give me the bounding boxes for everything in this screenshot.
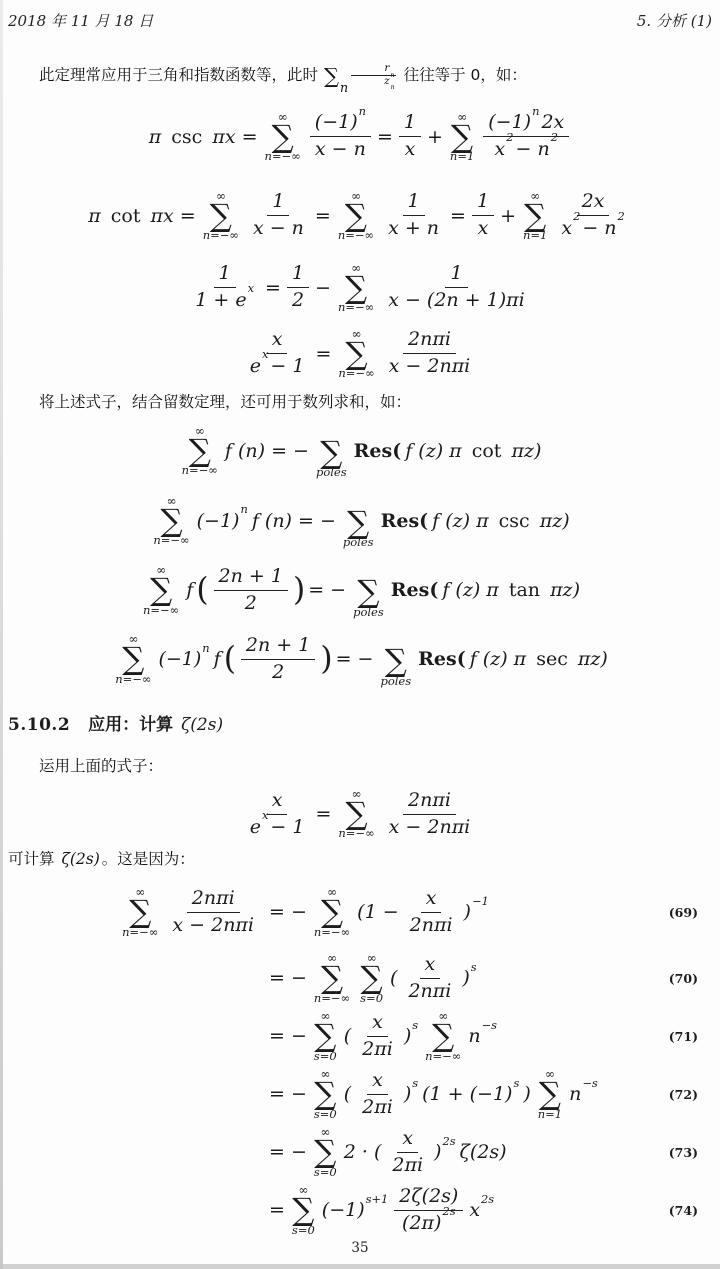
superscript: s	[513, 1076, 519, 1090]
sigma-icon: ∑	[345, 800, 367, 829]
heading-number: 5.10.2	[8, 715, 70, 735]
math-token: − n2	[582, 217, 624, 239]
fraction: 1x − (2n + 1)πi	[383, 262, 530, 313]
fraction: xex− 1	[245, 789, 310, 840]
sigma-icon: ∑	[345, 202, 367, 231]
math-token: x − n	[253, 217, 304, 239]
superscript: x	[248, 281, 254, 295]
subscript: n	[340, 80, 348, 95]
summation: ∞∑n=−∞	[338, 328, 374, 380]
denominator: ex− 1	[245, 354, 310, 379]
math-token: 1	[450, 262, 462, 284]
text-run: 可计算	[8, 850, 59, 868]
equation: ∞∑n=−∞(−1)nf(2n + 12)= −∑polesRes(f (z) …	[8, 625, 712, 694]
equation-number: (73)	[669, 1145, 698, 1160]
equation-number: (72)	[669, 1087, 698, 1102]
header-date: 2018 年 11 月 18 日	[8, 10, 153, 31]
math-token: 1	[477, 190, 489, 212]
equation: ∞∑n=−∞(−1)nf (n) = −∑polesRes(f (z) π cs…	[8, 486, 712, 556]
sum-lower-limit: poles	[353, 607, 384, 619]
math-token: = −	[336, 648, 374, 670]
numerator: x	[367, 1069, 388, 1095]
sum-lower-limit: poles	[316, 467, 347, 479]
denominator: x2− n2	[556, 216, 629, 241]
numerator: 2n + 1	[241, 634, 315, 660]
math-token: x	[405, 138, 416, 160]
subscript: n	[391, 84, 395, 91]
sigma-icon: ∑	[357, 578, 379, 607]
big-paren: (	[196, 572, 208, 608]
equation: ∞∑n=−∞f(2n + 12)= −∑polesRes(f (z) π tan…	[8, 556, 712, 625]
math-token: =	[269, 1199, 285, 1221]
math-token: x	[372, 1069, 383, 1091]
math-token: 2nπi	[192, 887, 235, 909]
math-token: 2	[245, 592, 257, 614]
numerator: 1	[267, 190, 289, 216]
math-token: Res(	[391, 579, 439, 601]
summation: ∞∑n=−∞	[203, 190, 239, 242]
equation-number: (70)	[669, 971, 698, 986]
equation: π csc πx =∞∑n=−∞(−1)nx − n=1x+∞∑n=1(−1)n…	[8, 95, 712, 179]
sigma-icon: ∑	[345, 340, 367, 369]
equation-group: xex− 1=∞∑n=−∞2nπix − 2nπi	[8, 780, 712, 848]
numerator: 2x	[577, 190, 610, 216]
math-token: x + n	[388, 217, 439, 239]
summation: ∞∑n=−∞	[143, 564, 179, 616]
fraction: 2n + 12	[214, 565, 288, 616]
math-token: x	[426, 887, 437, 909]
math-token: (−1)n	[315, 111, 366, 133]
math-token: 2x	[582, 190, 605, 212]
equation: ∞∑n=−∞f (n) = −∑polesRes(f (z) π cot πz)	[8, 416, 712, 486]
math-token: x	[272, 328, 283, 350]
sum-lower-limit: n=−∞	[425, 1051, 461, 1063]
math-token: =	[315, 343, 331, 365]
math-token: πz)	[544, 579, 580, 601]
summation: ∞∑s=0	[314, 1068, 337, 1120]
sigma-icon: ∑	[361, 964, 383, 993]
math-token: f (n) = −	[252, 510, 336, 532]
sum-lower-limit: n=−∞	[338, 828, 374, 840]
superscript: 2s	[481, 1192, 494, 1206]
equation-number: (71)	[669, 1029, 698, 1044]
math-token: ζ(2s)	[460, 1141, 507, 1163]
math-token: x	[402, 1127, 413, 1149]
text-run: 将上述式子，结合留数定理，还可用于数列求和，如：	[39, 393, 411, 411]
equation: xex− 1=∞∑n=−∞2nπix − 2nπi	[8, 323, 712, 385]
math-token: ζ(2s)	[181, 715, 223, 735]
denominator: x − (2n + 1)πi	[383, 288, 530, 313]
equation: = −∞∑n=−∞∞∑s=0(x2nπi)s(70)	[8, 949, 712, 1007]
summation: ∞∑n=1	[523, 190, 547, 242]
denominator: x − 2nπi	[384, 815, 476, 840]
math-token: π	[88, 205, 107, 227]
summation: ∑poles	[353, 578, 384, 618]
superscript: n	[202, 641, 209, 655]
math-token: Res(	[354, 440, 402, 462]
math-token: csc	[171, 126, 202, 148]
equation: π cot πx =∞∑n=−∞1x − n=∞∑n=−∞1x + n=1x+∞…	[8, 179, 712, 253]
math-token: )s	[462, 967, 476, 989]
math-token: = −	[269, 901, 307, 923]
math-token: 2	[292, 289, 304, 311]
math-token: x − 2nπi	[172, 914, 254, 936]
numerator: x	[420, 953, 441, 979]
math-token: x − 2nπi	[389, 355, 471, 377]
math-token: 2n + 1	[246, 634, 310, 656]
sum-lower-limit: n=−∞	[153, 535, 189, 547]
math-token: n−s	[569, 1083, 598, 1105]
math-token: 1	[292, 262, 304, 284]
sigma-icon: ∑	[524, 202, 546, 231]
equation-rhs: = −∞∑s=0(x2πi)s∞∑n=−∞n−s	[267, 1010, 712, 1062]
paragraph: 此定理常应用于三角和指数函数等，此时 ∑nrnzn 往往等于 0，如：	[8, 61, 712, 93]
equation-rhs: = −∞∑n=−∞(1 −x2nπi)−1	[267, 886, 712, 938]
math-token: rn	[384, 62, 394, 74]
summation: ∑poles	[343, 509, 374, 549]
summation: ∑poles	[316, 439, 347, 479]
math-token: 2 · (	[344, 1141, 382, 1163]
math-token: (	[344, 1025, 351, 1047]
sigma-icon: ∑	[320, 439, 342, 468]
superscript: −s	[582, 1076, 597, 1090]
summation: ∞∑n=−∞	[265, 111, 301, 163]
equation: = −∞∑s=0(x2πi)s∞∑n=−∞n−s(71)	[8, 1007, 712, 1065]
superscript: 2	[506, 130, 513, 144]
fraction: 2nπix − 2nπi	[167, 887, 259, 938]
document-content: 此定理常应用于三角和指数函数等，此时 ∑nrnzn 往往等于 0，如：π csc…	[8, 61, 712, 1239]
sum-lower-limit: s=0	[314, 1109, 337, 1121]
summation: ∞∑n=−∞	[338, 190, 374, 242]
equation-group: ∞∑n=−∞f (n) = −∑polesRes(f (z) π cot πz)…	[8, 416, 712, 694]
summation: ∞∑n=−∞	[314, 952, 350, 1004]
numerator: 1	[445, 262, 467, 288]
superscript: 2	[551, 130, 558, 144]
text-run: 运用上面的式子：	[39, 757, 163, 775]
sum-lower-limit: n=−∞	[338, 230, 374, 242]
denominator: 2πi	[357, 1095, 398, 1120]
equation: = −∞∑s=0(x2πi)s(1 + (−1)s)∞∑n=1n−s(72)	[8, 1065, 712, 1123]
equation-group: π csc πx =∞∑n=−∞(−1)nx − n=1x+∞∑n=1(−1)n…	[8, 95, 712, 385]
superscript: −1	[472, 894, 489, 908]
math-token: −	[315, 277, 331, 299]
summation: ∞∑n=−∞	[122, 886, 158, 938]
equation: ∞∑n=−∞2nπix − 2nπi= −∞∑n=−∞(1 −x2nπi)−1(…	[8, 875, 712, 949]
numerator: x	[367, 1011, 388, 1037]
math-token: (1 + (−1)s	[422, 1083, 519, 1105]
fraction: 2ζ(2s)(2π)2s	[394, 1185, 463, 1236]
numerator: rn	[351, 63, 396, 76]
denominator: 1 + ex	[190, 288, 259, 313]
sum-lower-limit: n=1	[450, 151, 474, 163]
summation: ∞∑n=−∞	[425, 1010, 461, 1062]
denominator: x2− n2	[490, 137, 563, 162]
sum-lower-limit: n=−∞	[203, 230, 239, 242]
sum-lower-limit: n=−∞	[338, 368, 374, 380]
math-token: (−1)s+1	[322, 1199, 388, 1221]
math-token: π	[149, 126, 168, 148]
sigma-icon: ∑	[432, 1022, 454, 1051]
math-token: tan	[509, 579, 540, 601]
sum-lower-limit: n=−∞	[143, 605, 179, 617]
math-token: x − n	[315, 138, 366, 160]
big-paren: )	[293, 572, 305, 608]
math-token: =	[377, 126, 393, 148]
math-token: 2nπi	[408, 980, 451, 1002]
superscript: n	[240, 502, 247, 516]
math-token: f	[214, 648, 221, 670]
sum-lower-limit: s=0	[314, 1167, 337, 1179]
sum-lower-limit: n=−∞	[338, 302, 374, 314]
equation-lhs: ∞∑n=−∞2nπix − 2nπi	[8, 886, 263, 938]
summation: ∞∑s=0	[292, 1184, 315, 1236]
math-token: x2s	[469, 1199, 494, 1221]
denominator: x − 2nπi	[167, 913, 259, 938]
big-paren: )	[320, 641, 332, 677]
fraction: 2nπix − 2nπi	[384, 789, 476, 840]
math-token: f (z) π	[405, 440, 467, 462]
sigma-icon: ∑	[347, 509, 369, 538]
page-header: 2018 年 11 月 18 日 5. 分析 (1)	[8, 10, 712, 31]
math-token: (	[390, 967, 397, 989]
sigma-icon: ∑	[150, 576, 172, 605]
superscript: x	[262, 347, 268, 361]
sigma-icon: ∑	[292, 1196, 314, 1225]
math-token: ex	[250, 816, 269, 838]
fraction: 2xx2− n2	[556, 190, 629, 241]
heading-text: 应用：计算	[88, 715, 179, 735]
page-number: 35	[0, 1240, 720, 1256]
math-token: f	[186, 579, 193, 601]
fraction: (−1)nx − n	[310, 111, 371, 162]
equation: =∞∑s=0(−1)s+12ζ(2s)(2π)2sx2s(74)	[8, 1181, 712, 1239]
fraction: x2πi	[357, 1011, 398, 1062]
math-token: ex	[250, 355, 269, 377]
math-token: 2πi	[362, 1038, 393, 1060]
math-token: =	[265, 277, 281, 299]
sum-lower-limit: poles	[380, 676, 411, 688]
sum-lower-limit: n=−∞	[265, 151, 301, 163]
numerator: 1	[214, 262, 236, 288]
paragraph: 可计算 ζ(2s)。这是因为：	[8, 848, 712, 871]
math-token: πz)	[534, 510, 570, 532]
numerator: 2nπi	[403, 789, 456, 815]
equation: xex− 1=∞∑n=−∞2nπix − 2nπi	[8, 780, 712, 848]
math-token: πz)	[505, 440, 541, 462]
math-token: 1 + ex	[195, 289, 254, 311]
math-token: 2πi	[362, 1096, 393, 1118]
sigma-icon: ∑	[539, 1080, 561, 1109]
math-token: (2π)2s	[402, 1212, 456, 1234]
summation: ∞∑n=−∞	[182, 425, 218, 477]
summation: ∞∑n=−∞	[115, 633, 151, 685]
math-token: x	[372, 1011, 383, 1033]
superscript: 2s	[442, 1204, 455, 1218]
sum-lower-limit: n=−∞	[115, 674, 151, 686]
math-token: x − (2n + 1)πi	[388, 289, 525, 311]
summation: ∑poles	[380, 647, 411, 687]
subscript: n	[390, 72, 394, 79]
numerator: 1	[403, 190, 425, 216]
math-token: x2	[495, 138, 514, 160]
denominator: 2	[287, 288, 309, 313]
math-token: )−1	[464, 901, 489, 923]
numerator: x	[421, 887, 442, 913]
header-section-title: 5. 分析 (1)	[637, 10, 712, 31]
math-token: Res(	[381, 510, 429, 532]
math-token: 2nπi	[410, 914, 453, 936]
superscript: n	[532, 104, 539, 118]
superscript: s	[412, 1018, 418, 1032]
fraction: x2πi	[387, 1127, 428, 1178]
superscript: s	[412, 1076, 418, 1090]
summation: ∞∑n=−∞	[338, 788, 374, 840]
superscript: −s	[482, 1018, 497, 1032]
denominator: x	[473, 216, 494, 241]
inline-sum-icon: ∑n	[324, 64, 348, 88]
denominator: x − 2nπi	[384, 354, 476, 379]
summation: ∞∑s=0	[360, 952, 383, 1004]
math-token: f (z) π	[432, 510, 494, 532]
math-token: 2πi	[392, 1154, 423, 1176]
numerator: 1	[287, 262, 309, 288]
text-run: 。这是因为：	[102, 850, 195, 868]
math-token: )s	[404, 1025, 418, 1047]
summation: ∞∑n=1	[450, 111, 474, 163]
numerator: x	[267, 328, 288, 354]
math-token: x − 2nπi	[389, 816, 471, 838]
math-token: = −	[269, 967, 307, 989]
equation: 11 + ex=12−∞∑n=−∞1x − (2n + 1)πi	[8, 253, 712, 323]
superscript: s	[471, 960, 477, 974]
math-token: πx =	[144, 205, 195, 227]
sigma-icon: ∑	[314, 1138, 336, 1167]
section-heading: 5.10.2应用：计算 ζ(2s)	[8, 710, 712, 735]
math-token: n−s	[468, 1025, 497, 1047]
sum-lower-limit: n=−∞	[182, 465, 218, 477]
math-token: )s	[404, 1083, 418, 1105]
math-token: = −	[269, 1141, 307, 1163]
denominator: 2nπi	[405, 913, 458, 938]
math-token: ζ(2s)	[61, 850, 99, 868]
math-token: f (z) π	[470, 648, 532, 670]
summation: ∞∑s=0	[314, 1010, 337, 1062]
math-token: cot	[472, 440, 502, 462]
math-token: 2nπi	[408, 789, 451, 811]
document-page: 2018 年 11 月 18 日 5. 分析 (1) 此定理常应用于三角和指数函…	[0, 0, 720, 1269]
text-run: 往往等于 0，如：	[399, 66, 527, 84]
denominator: x − n	[248, 216, 309, 241]
numerator: 1	[399, 111, 421, 137]
big-paren: (	[224, 641, 236, 677]
numerator: x	[267, 789, 288, 815]
sigma-icon: ∑	[122, 645, 144, 674]
math-token: 1	[219, 262, 231, 284]
math-token: (−1)n	[197, 510, 248, 532]
summation: ∞∑n=−∞	[314, 886, 350, 938]
superscript: 2	[573, 209, 580, 223]
sigma-icon: ∑	[210, 202, 232, 231]
math-token: x	[478, 217, 489, 239]
fraction: 11 + ex	[190, 262, 259, 313]
math-token: f (n) = −	[225, 440, 309, 462]
math-token: )2s	[434, 1141, 456, 1163]
equation-rhs: = −∞∑s=0(x2πi)s(1 + (−1)s)∞∑n=1n−s	[267, 1068, 712, 1120]
fraction: x2πi	[357, 1069, 398, 1120]
sum-lower-limit: n=−∞	[314, 993, 350, 1005]
math-token: )	[523, 1083, 530, 1105]
sigma-icon: ∑	[321, 898, 343, 927]
math-token: x2	[561, 217, 580, 239]
math-token: 1	[404, 111, 416, 133]
math-token: − 1	[270, 816, 304, 838]
math-token: =	[315, 205, 331, 227]
fraction: rnzn	[351, 63, 397, 87]
sum-lower-limit: n=1	[523, 230, 547, 242]
aligned-equations: ∞∑n=−∞2nπix − 2nπi= −∞∑n=−∞(1 −x2nπi)−1(…	[8, 875, 712, 1239]
text-run: 此定理常应用于三角和指数函数等，此时	[39, 66, 323, 84]
sigma-icon: ∑	[129, 898, 151, 927]
math-token: − n2	[516, 138, 558, 160]
math-token: csc	[499, 510, 530, 532]
summation: ∞∑s=0	[314, 1126, 337, 1178]
denominator: 2πi	[357, 1037, 398, 1062]
denominator: 2πi	[387, 1153, 428, 1178]
superscript: 2s	[442, 1134, 455, 1148]
denominator: x − n	[310, 137, 371, 162]
sigma-icon: ∑	[314, 1080, 336, 1109]
fraction: x2nπi	[405, 887, 458, 938]
math-token: πx =	[206, 126, 257, 148]
math-token: x	[425, 953, 436, 975]
numerator: 1	[472, 190, 494, 216]
equation: = −∞∑s=02 · (x2πi)2sζ(2s)(73)	[8, 1123, 712, 1181]
fraction: 1x − n	[248, 190, 309, 241]
numerator: 2nπi	[187, 887, 240, 913]
equation-number: (69)	[669, 905, 698, 920]
math-token: (−1)n	[158, 648, 209, 670]
superscript: n	[359, 104, 366, 118]
math-token: x	[272, 789, 283, 811]
math-token: = −	[308, 579, 346, 601]
sum-lower-limit: n=1	[538, 1109, 562, 1121]
sigma-icon: ∑	[160, 507, 182, 536]
denominator: (2π)2s	[397, 1211, 461, 1236]
math-token: (	[344, 1083, 351, 1105]
math-token: 2	[272, 661, 284, 683]
math-token: 1	[272, 190, 284, 212]
sigma-icon: ∑	[345, 274, 367, 303]
math-token: 2n + 1	[219, 565, 283, 587]
sum-lower-limit: s=0	[292, 1225, 315, 1237]
fraction: (−1)n2xx2− n2	[483, 111, 569, 162]
math-token: f (z) π	[442, 579, 504, 601]
sum-lower-limit: poles	[343, 537, 374, 549]
sum-lower-limit: n=−∞	[122, 927, 158, 939]
paragraph: 将上述式子，结合留数定理，还可用于数列求和，如：	[8, 391, 712, 414]
sigma-icon: ∑	[314, 1022, 336, 1051]
math-token: +	[500, 205, 516, 227]
sigma-icon: ∑	[321, 964, 343, 993]
equation-rhs: =∞∑s=0(−1)s+12ζ(2s)(2π)2sx2s	[267, 1184, 712, 1236]
math-token: cot	[111, 205, 141, 227]
denominator: x	[400, 137, 421, 162]
denominator: ex− 1	[245, 815, 310, 840]
superscript: s+1	[366, 1192, 389, 1206]
sigma-icon: ∑	[272, 123, 294, 152]
numerator: (−1)n	[310, 111, 371, 137]
math-token: = −	[269, 1025, 307, 1047]
